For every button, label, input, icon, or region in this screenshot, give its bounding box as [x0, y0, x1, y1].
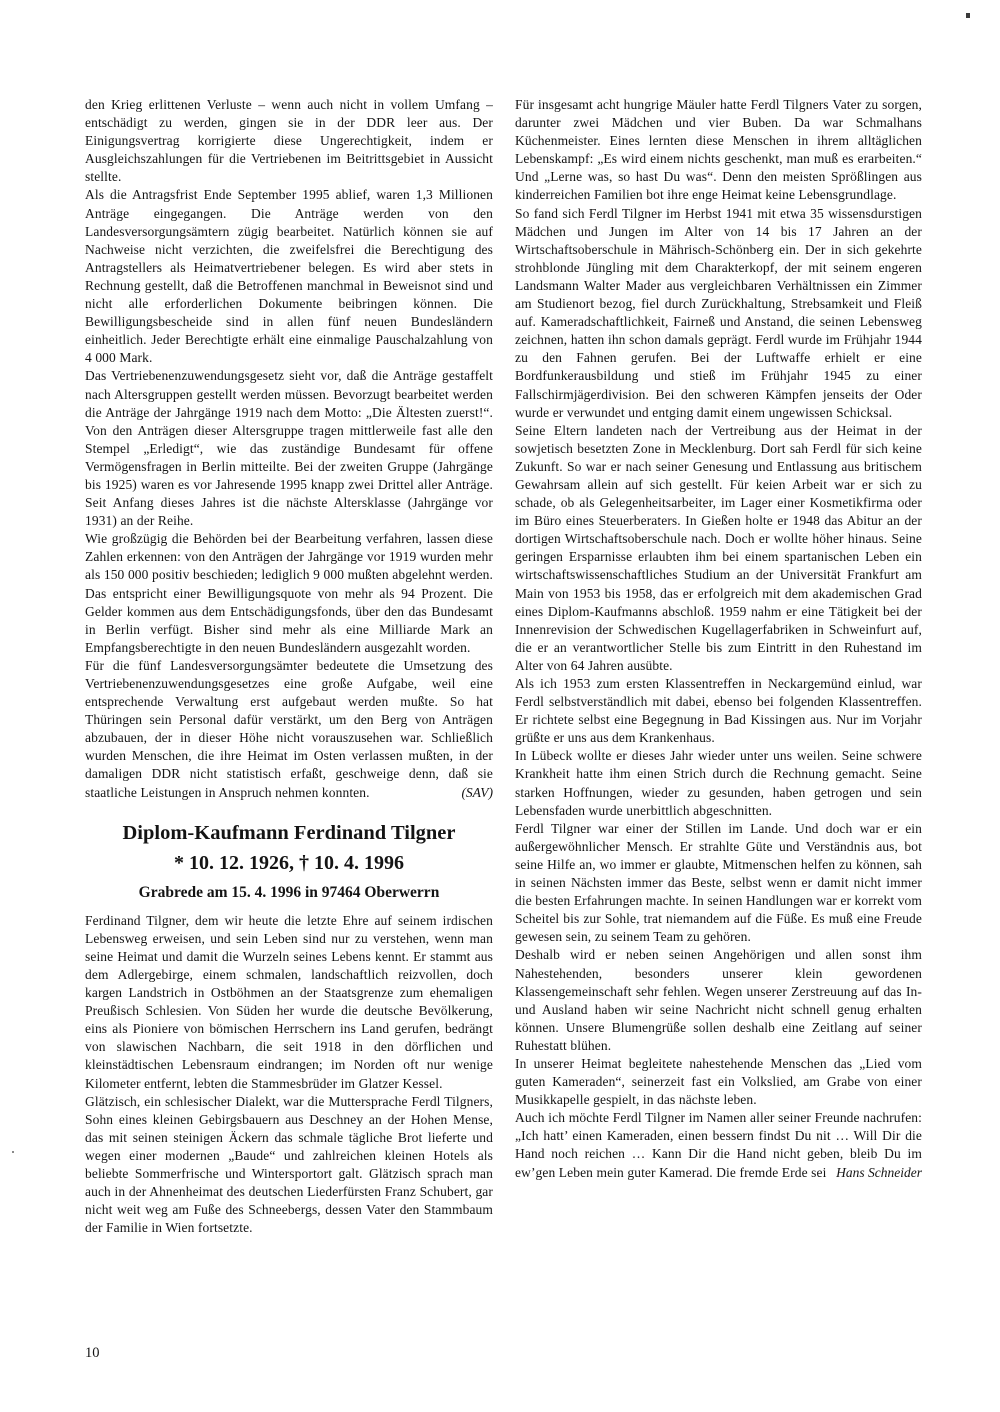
paragraph-with-attribution: Für die fünf Landesversorgungsämter bede… — [85, 657, 493, 802]
document-page: den Krieg erlittenen Verluste – wenn auc… — [0, 0, 1000, 1412]
eulogy-paragraph: Für insgesamt acht hungrige Mäuler hatte… — [515, 96, 922, 205]
body-paragraph: Als die Antragsfrist Ende September 1995… — [85, 186, 493, 367]
body-paragraph: Wie großzügig die Behörden bei der Bearb… — [85, 530, 493, 657]
eulogy-paragraph: Seine Eltern landeten nach der Vertreibu… — [515, 422, 922, 675]
obituary-dates: * 10. 12. 1926, † 10. 4. 1996 — [85, 851, 493, 876]
eulogy-paragraph: In Lübeck wollte er dieses Jahr wieder u… — [515, 747, 922, 819]
eulogy-paragraph: Deshalb wird er neben seinen Angehörigen… — [515, 946, 922, 1055]
obituary-heading: Diplom-Kaufmann Ferdinand Tilgner * 10. … — [85, 820, 493, 903]
body-paragraph: Für die fünf Landesversorgungsämter bede… — [85, 657, 493, 802]
eulogy-paragraph: In unserer Heimat begleitete nahestehend… — [515, 1055, 922, 1109]
left-column: den Krieg erlittenen Verluste – wenn auc… — [85, 96, 493, 1237]
body-paragraph: den Krieg erlittenen Verluste – wenn auc… — [85, 96, 493, 186]
eulogy-paragraph: Als ich 1953 zum ersten Klassentreffen i… — [515, 675, 922, 747]
paragraph-with-signature: Auch ich möchte Ferdl Tilgner im Namen a… — [515, 1109, 922, 1181]
eulogy-paragraph: Glätzisch, ein schlesischer Dialekt, war… — [85, 1093, 493, 1238]
print-speck-icon — [12, 1151, 14, 1153]
right-column: Für insgesamt acht hungrige Mäuler hatte… — [515, 96, 922, 1182]
source-attribution: (SAV) — [455, 784, 493, 802]
print-speck-icon — [966, 13, 970, 18]
obituary-subtitle: Grabrede am 15. 4. 1996 in 97464 Oberwer… — [85, 883, 493, 903]
eulogy-paragraph: So fand sich Ferdl Tilgner im Herbst 194… — [515, 205, 922, 422]
body-paragraph: Das Vertriebenenzuwendungsgesetz sieht v… — [85, 367, 493, 530]
author-signature: Hans Schneider — [830, 1164, 922, 1182]
page-number: 10 — [85, 1344, 100, 1362]
obituary-title: Diplom-Kaufmann Ferdinand Tilgner — [85, 820, 493, 846]
eulogy-paragraph: Ferdinand Tilgner, dem wir heute die let… — [85, 912, 493, 1093]
eulogy-paragraph: Ferdl Tilgner war einer der Stillen im L… — [515, 820, 922, 947]
